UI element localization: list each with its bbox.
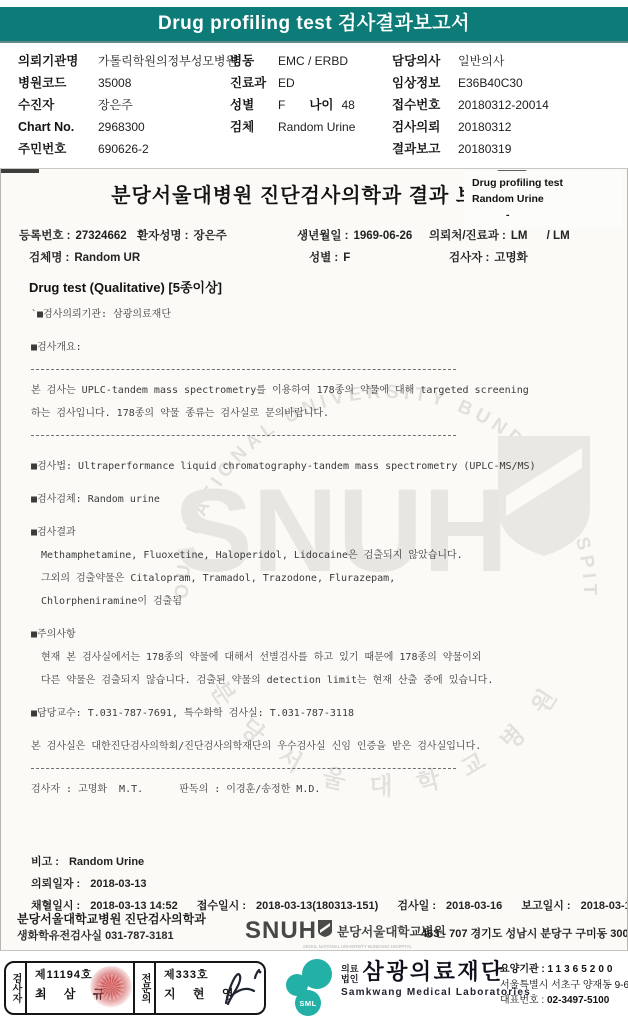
report-line: ■검사법: Ultraperformance liquid chromatogr… xyxy=(31,455,613,478)
patient-header-col-left: 의뢰기관명가톨릭학원의정부성모병원 병원코드35008 수진자장은주 Chart… xyxy=(18,50,237,160)
remarks-block: 비고 :Random Urine 의뢰일자 :2018-03-13 채혈일시 :… xyxy=(31,851,611,917)
doc-footer-hospital-sub: SEOUL NATIONAL UNIVERSITY BUNDANG HOSPIT… xyxy=(303,945,412,949)
doc-patient-name: 환자성명 :장은주 xyxy=(137,227,227,243)
report-body: `■검사의뢰기관: 삼광의료재단 ■검사개요: 본 검사는 UPLC-tande… xyxy=(31,303,613,801)
report-line: 그외의 검출약물은 Citalopram, Tramadol, Trazodon… xyxy=(31,567,613,590)
remark-report-time: 보고일시 :2018-03-16 15:09 xyxy=(521,900,628,912)
report-line: ■주의사항 xyxy=(31,623,613,646)
field-chart-no: Chart No.2968300 xyxy=(18,116,237,138)
field-sex-age: 성별F나이48 xyxy=(230,94,355,116)
report-line: ■검사검체: Random urine xyxy=(31,488,613,511)
report-line: 본 검사실은 대한진단검사의학회/진단검사의학재단의 우수검사실 신임 인증을 … xyxy=(31,735,613,758)
field-hospital-code: 병원코드35008 xyxy=(18,72,237,94)
spacer xyxy=(31,511,613,521)
field-department: 진료과ED xyxy=(230,72,355,94)
field-patient-name: 수진자장은주 xyxy=(18,94,237,116)
patient-header: 의뢰기관명가톨릭학원의정부성모병원 병원코드35008 수진자장은주 Chart… xyxy=(0,50,628,162)
scan-artifact-top-left xyxy=(1,169,39,173)
report-line: Chlorpheniramine이 검출됨 xyxy=(31,590,613,613)
sml-phone: 대표번호 : 02-3497-5100 xyxy=(500,993,628,1009)
field-specimen: 검체Random Urine xyxy=(230,116,355,138)
report-line: `■검사의뢰기관: 삼광의료재단 xyxy=(31,303,613,326)
spacer xyxy=(31,613,613,623)
certifier-stamp-box: 검사자 제11194호 최 삼 규 전문의 제333호 지 현 영 xyxy=(4,961,266,1015)
spacer xyxy=(31,478,613,488)
doc-specimen-name: 검체명 :Random UR xyxy=(29,249,140,265)
specialist-vertical-label: 전문의 xyxy=(133,963,156,1013)
sml-logo-text: SML xyxy=(299,999,316,1008)
report-line: ■담당교수: T.031-787-7691, 특수화학 검사실: T.031-7… xyxy=(31,702,613,725)
doc-birth-date: 생년월일 :1969-06-26 xyxy=(297,227,412,243)
corner-label-dash: - xyxy=(472,208,614,224)
spacer xyxy=(31,326,613,336)
bottom-bar: 검사자 제11194호 최 삼 규 전문의 제333호 지 현 영 SML 의료… xyxy=(0,950,628,1022)
report-line: Methamphetamine, Fluoxetine, Haloperidol… xyxy=(31,544,613,567)
field-request-date: 검사의뢰20180312 xyxy=(392,116,549,138)
doc-referral-dept: 의뢰처/진료과 :LM / LM xyxy=(429,227,570,243)
doc-reg-no: 등록번호 :27324662 xyxy=(19,227,127,243)
spacer xyxy=(31,725,613,735)
field-doctor: 담당의사일반의사 xyxy=(392,50,549,72)
test-name-heading: Drug test (Qualitative) [5종이상] xyxy=(29,277,222,296)
sml-contact-block: 요양기관 : 11365200 서울특별시 서초구 양재동 9-60 대표번호 … xyxy=(500,962,628,1009)
remark-request-date: 의뢰일자 :2018-03-13 xyxy=(31,873,611,895)
remark-receipt: 접수일시 :2018-03-13(180313-151) xyxy=(197,900,379,912)
report-line: 검사자 : 고명화 M.T. 판독의 : 이경훈/송정한 M.D. xyxy=(31,778,613,801)
report-line: 본 검사는 UPLC-tandem mass spectrometry를 이용하… xyxy=(31,379,613,402)
patient-header-col-right: 담당의사일반의사 임상정보E36B40C30 접수번호20180312-2001… xyxy=(392,50,549,160)
doc-footer-lab: 생화학유전검사실 031-787-3181 xyxy=(17,928,206,945)
doc-footer-dept: 분당서울대학교병원 진단검사의학과 xyxy=(17,911,206,928)
report-line: ■검사결과 xyxy=(31,521,613,544)
sml-name: 삼광의료재단 xyxy=(362,959,505,985)
signature-icon xyxy=(218,965,264,1014)
spacer xyxy=(31,445,613,455)
specimen-corner-label: Drug profiling test Random Urine - xyxy=(464,171,622,228)
field-clinical-info: 임상정보E36B40C30 xyxy=(392,72,549,94)
field-report-date: 결과보고20180319 xyxy=(392,138,549,160)
scanned-report: SEOUL NATIONAL UNIVERSITY BUNDANG HOSPIT… xyxy=(0,168,628,951)
report-line: 하는 검사입니다. 178종의 약물 종류는 검사실로 문의바랍니다. xyxy=(31,402,613,425)
specialist-stamp-cell: 제333호 지 현 영 xyxy=(156,963,264,1013)
spacer xyxy=(31,692,613,702)
sml-logo-icon: SML xyxy=(286,959,336,1017)
report-line: 현재 본 검사실에서는 178종의 약물에 대해서 선별검사를 하고 있기 때문… xyxy=(31,646,613,669)
patient-header-col-mid: 병동EMC / ERBD 진료과ED 성별F나이48 검체Random Urin… xyxy=(230,50,355,138)
doc-footer-address: 463 - 707 경기도 성남시 분당구 구미동 300 xyxy=(421,925,628,941)
report-title-bar: Drug profiling test 검사결과보고서 xyxy=(0,7,628,41)
snuh-shield-icon xyxy=(318,920,332,942)
field-accept-no: 접수번호20180312-20014 xyxy=(392,94,549,116)
sml-address: 서울특별시 서초구 양재동 9-60 xyxy=(500,978,628,994)
dashed-divider xyxy=(31,425,613,445)
sml-care-org: 요양기관 : 11365200 xyxy=(500,962,628,978)
field-resident-no: 주민번호690626-2 xyxy=(18,138,237,160)
red-seal-stamp-icon xyxy=(90,966,132,1008)
field-request-org: 의뢰기관명가톨릭학원의정부성모병원 xyxy=(18,50,237,72)
examiner-vertical-label: 검사자 xyxy=(6,963,27,1013)
remark-note: 비고 :Random Urine xyxy=(31,851,611,873)
snuh-wordmark: SNUH xyxy=(245,917,317,944)
report-line: ■검사개요: xyxy=(31,336,613,359)
doc-footer-left: 분당서울대학교병원 진단검사의학과 생화학유전검사실 031-787-3181 xyxy=(17,911,206,945)
sml-corp-type: 의료법인 xyxy=(341,964,358,984)
report-line: 다른 약물은 검출되지 않습니다. 검출된 약물의 detection limi… xyxy=(31,669,613,692)
remark-test-date: 검사일 :2018-03-16 xyxy=(397,900,502,912)
doc-sex: 성별 :F xyxy=(309,249,350,265)
doc-examiner: 검사자 :고명화 xyxy=(449,249,528,265)
dashed-divider xyxy=(31,359,613,379)
dashed-divider xyxy=(31,758,613,778)
field-ward: 병동EMC / ERBD xyxy=(230,50,355,72)
corner-label-specimen: Random Urine xyxy=(472,192,614,208)
corner-label-test: Drug profiling test xyxy=(472,176,614,192)
examiner-stamp-cell: 제11194호 최 삼 규 xyxy=(27,963,135,1013)
